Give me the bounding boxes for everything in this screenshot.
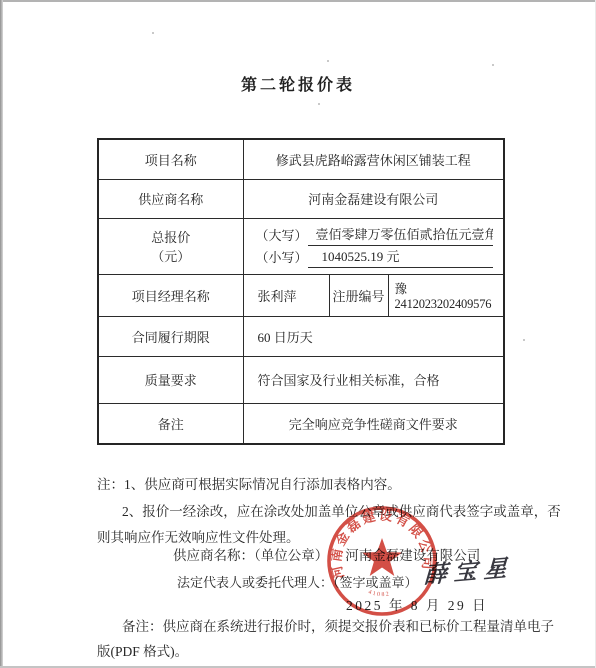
scan-speck: [327, 60, 329, 62]
scan-edge-left: [0, 0, 3, 668]
table-row-project-manager: 项目经理名称 张利萍 注册编号 豫 2412023202409576: [98, 274, 504, 316]
row-label: 合同履行期限: [98, 316, 243, 356]
table-row-total-price: 总报价 （元） （大写） 壹佰零肆万零伍佰贰拾伍元壹角玖分 （小写） 10405…: [98, 218, 504, 274]
note-line-1: 注：1、供应商可根据实际情况自行添加表格内容。: [97, 476, 401, 493]
table-row-contract-duration: 合同履行期限 60 日历天: [98, 316, 504, 356]
footnote-line-2: 版(PDF 格式)。: [97, 643, 188, 660]
row-value: 60 日历天: [243, 316, 504, 356]
table-row-remarks: 备注 完全响应竞争性磋商文件要求: [98, 403, 504, 444]
lowercase-amount: 1040525.19 元: [308, 246, 494, 268]
scan-edge-top: [0, 0, 596, 2]
uppercase-prefix: （大写）: [256, 225, 308, 246]
table-row-project-name: 项目名称 修武县虎路峪露营休闲区铺装工程: [98, 139, 504, 179]
scan-speck: [318, 103, 320, 105]
note-line-3: 则其响应作无效响应性文件处理。: [97, 529, 300, 546]
registration-number-label: 注册编号: [329, 274, 388, 316]
quote-table: 项目名称 修武县虎路峪露营休闲区铺装工程 供应商名称 河南金磊建设有限公司 总报…: [97, 138, 505, 445]
seal-code: 41082: [367, 589, 391, 598]
lowercase-prefix: （小写）: [256, 247, 308, 268]
page-title: 第二轮报价表: [0, 72, 596, 95]
row-value: 符合国家及行业相关标准，合格: [243, 356, 504, 403]
row-label: 项目经理名称: [98, 274, 243, 316]
row-label: 备注: [98, 403, 243, 444]
amount-uppercase: （大写） 壹佰零肆万零伍佰贰拾伍元壹角玖分: [256, 224, 494, 246]
amount-lowercase: （小写） 1040525.19 元: [256, 246, 494, 268]
supplier-signoff-label: 供应商名称：（单位公章）: [173, 547, 328, 564]
scan-speck: [523, 339, 525, 341]
total-price-label-line1: 总报价: [99, 227, 243, 246]
uppercase-amount: 壹佰零肆万零伍佰贰拾伍元壹角玖分: [308, 224, 494, 246]
seal-star-icon: [362, 538, 402, 576]
manager-name: 张利萍: [243, 274, 329, 316]
row-label: 质量要求: [98, 356, 243, 403]
registration-number-value: 豫 2412023202409576: [388, 274, 504, 316]
row-label: 总报价 （元）: [98, 218, 243, 274]
scanned-quotation-page: 第二轮报价表 项目名称 修武县虎路峪露营休闲区铺装工程 供应商名称 河南金磊建设…: [0, 0, 596, 668]
company-seal: 河南金磊建设有限公司 41082: [322, 501, 442, 621]
row-value: （大写） 壹佰零肆万零伍佰贰拾伍元壹角玖分 （小写） 1040525.19 元: [243, 218, 504, 274]
scan-speck: [152, 32, 154, 34]
row-value: 完全响应竞争性磋商文件要求: [243, 403, 504, 444]
row-label: 项目名称: [98, 139, 243, 179]
row-value: 修武县虎路峪露营休闲区铺装工程: [243, 139, 504, 179]
total-price-label-line2: （元）: [99, 246, 243, 265]
table-row-quality-requirement: 质量要求 符合国家及行业相关标准，合格: [98, 356, 504, 403]
table-row-supplier-name: 供应商名称 河南金磊建设有限公司: [98, 179, 504, 218]
svg-text:41082: 41082: [367, 589, 391, 598]
scan-speck: [492, 64, 494, 66]
row-label: 供应商名称: [98, 179, 243, 218]
row-value: 河南金磊建设有限公司: [243, 179, 504, 218]
